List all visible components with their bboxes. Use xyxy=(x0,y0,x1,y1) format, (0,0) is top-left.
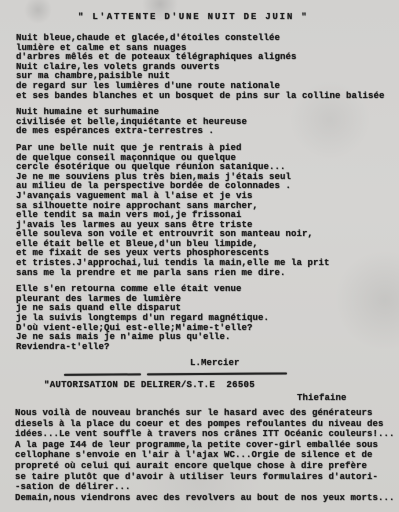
scanned-document-page: " L'ATTENTE D'UNE NUIT DE JUIN " Nuit bl… xyxy=(0,0,399,512)
poem-line: Reviendra-t'elle? xyxy=(16,343,385,353)
stanza: Nuit humaine et surhumainecivilisée et b… xyxy=(16,108,385,137)
paragraph-line: Demain,nous viendrons avec des revolvers… xyxy=(15,493,395,504)
section-title: "AUTORISATION DE DELIRER/S.T.E 26505 xyxy=(44,381,255,391)
poem-line: sans me la prendre et me parla sans rien… xyxy=(16,269,385,279)
paragraph-line: Nous voilà de nouveau branchés sur le ha… xyxy=(15,408,395,419)
poem: Nuit bleue,chaude et glacée,d'étoiles co… xyxy=(16,34,385,359)
paragraph-line: se taire plutôt que d'avoir à utiliser l… xyxy=(15,472,395,483)
paragraph-line: diesels à la place du coeur et des pompe… xyxy=(15,419,395,430)
paragraph-line: cellophane s'envoie en l'air à l'ajax WC… xyxy=(15,450,395,461)
stanza: Nuit bleue,chaude et glacée,d'étoiles co… xyxy=(16,34,385,101)
hand-drawn-divider xyxy=(0,371,399,377)
section-author: Thiefaine xyxy=(297,394,347,404)
poem-title: " L'ATTENTE D'UNE NUIT DE JUIN " xyxy=(78,13,308,23)
stanza: Elle s'en retourna comme elle était venu… xyxy=(16,285,385,352)
divider-segment-right xyxy=(147,372,287,375)
prose-paragraph: Nous voilà de nouveau branchés sur le ha… xyxy=(15,408,395,503)
stanza: Par une belle nuit que je rentrais à pie… xyxy=(16,144,385,278)
paragraph-line: A la page I44 de leur programme,la petit… xyxy=(15,440,395,451)
poem-author-signature: L.Mercier xyxy=(190,359,240,369)
paragraph-line: propreté où celui qui aurait encore quel… xyxy=(15,461,395,472)
poem-line: et ses bandes blanches et un bosquet de … xyxy=(16,92,385,102)
divider-segment-left xyxy=(64,373,141,375)
paragraph-line: -sation de délirer... xyxy=(15,482,395,493)
paragraph-line: idées...Le vent souffle à travers nos cr… xyxy=(15,429,395,440)
poem-line: de mes espérances extra-terrestres . xyxy=(16,127,385,137)
